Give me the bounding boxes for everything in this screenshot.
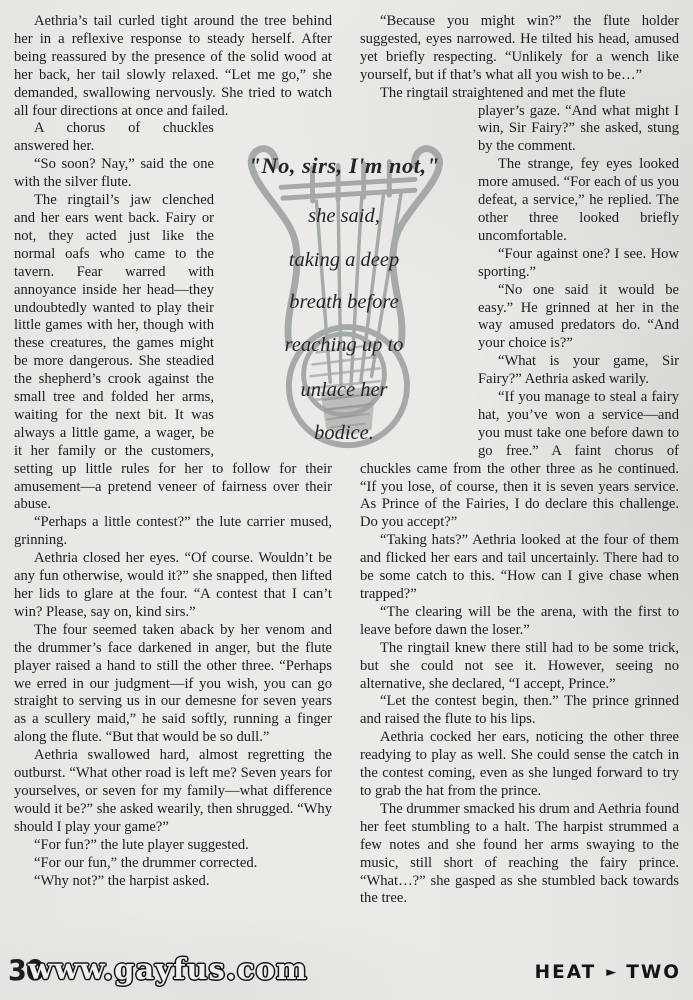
paragraph: Aethria’s tail curled tight around the t…	[14, 13, 332, 120]
paragraph: Aethria cocked her ears, noticing the ot…	[360, 729, 679, 801]
right-arrow-icon: ►	[606, 965, 616, 980]
watermark: www.gayfus.com	[28, 952, 308, 986]
footer-label-two: TWO	[626, 962, 681, 983]
pull-quote-line: taking a deep	[216, 248, 472, 272]
paragraph: The ringtail straightened and met the fl…	[360, 85, 679, 103]
pull-quote-line: bodice.	[216, 421, 472, 445]
footer-label-heat: HEAT	[535, 962, 597, 983]
paragraph: “The clearing will be the arena, with th…	[360, 604, 679, 640]
paragraph: “For fun?” the lute player suggested.	[14, 837, 332, 855]
paragraph: The ringtail knew there still had to be …	[360, 640, 679, 694]
pull-quote: "No, sirs, I'm not," she said, taking a …	[216, 132, 472, 464]
pull-quote-line: unlace her	[216, 378, 472, 402]
paragraph: Aethria swallowed hard, almost regrettin…	[14, 747, 332, 837]
paragraph: “Let the contest begin, then.” The princ…	[360, 693, 679, 729]
paragraph: “Why not?” the harpist asked.	[14, 873, 332, 891]
paragraph: The drummer smacked his drum and Aethria…	[360, 801, 679, 908]
paragraph: “Taking hats?” Aethria looked at the fou…	[360, 532, 679, 604]
footer-chapter-label: HEAT ► TWO	[535, 962, 681, 983]
paragraph: “For our fun,” the drummer corrected.	[14, 855, 332, 873]
book-page: Aethria’s tail curled tight around the t…	[0, 0, 693, 1000]
paragraph: Aethria closed her eyes. “Of course. Wou…	[14, 550, 332, 622]
paragraph: “Because you might win?” the flute holde…	[360, 13, 679, 85]
paragraph: The four seemed taken aback by her venom…	[14, 622, 332, 747]
paragraph: “Perhaps a little contest?” the lute car…	[14, 514, 332, 550]
pull-quote-line: "No, sirs, I'm not,"	[216, 154, 472, 178]
pull-quote-line: reaching up to	[216, 333, 472, 357]
pull-quote-line: breath before	[216, 290, 472, 314]
pull-quote-line: she said,	[216, 204, 472, 228]
